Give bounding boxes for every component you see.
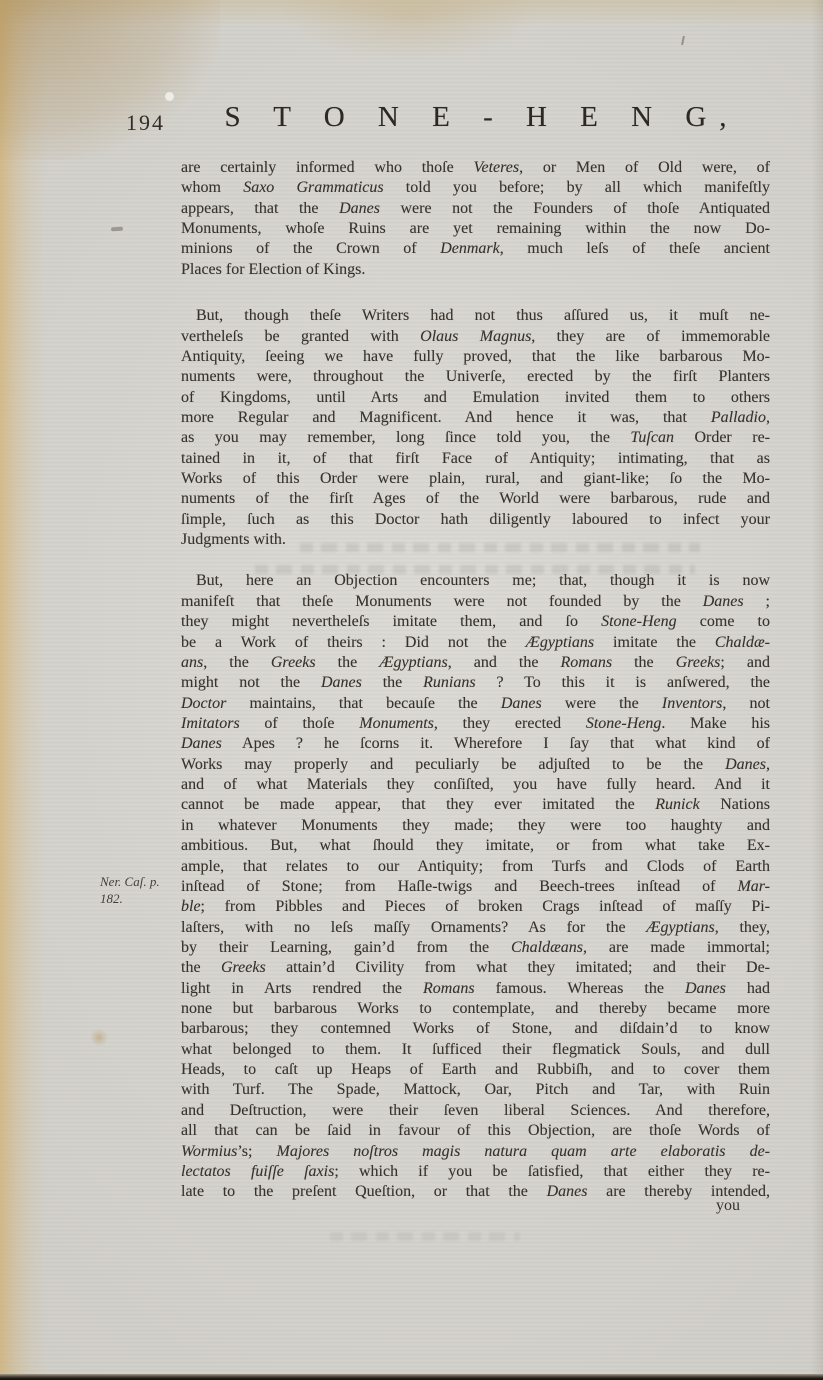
text-line: numents were, throughout the Univerſe, e…: [181, 367, 770, 387]
roman-text: had: [726, 980, 770, 997]
roman-text: Places for Election of Kings.: [181, 261, 365, 278]
text-line: all that can be ſaid in favour of this O…: [181, 1121, 770, 1141]
italic-text: Danes: [181, 735, 222, 752]
text-line: laſters, with no leſs maſſy Ornaments? A…: [181, 918, 770, 938]
paragraph-1: are certainly informed who thoſe Veteres…: [181, 158, 770, 280]
roman-text: imitate the: [594, 634, 715, 651]
italic-text: ble: [181, 898, 201, 915]
roman-text: , much leſs of theſe ancient: [500, 240, 770, 257]
margin-note-line: 182.: [100, 891, 182, 908]
small-stain: [90, 1029, 108, 1046]
ink-speck: [681, 36, 685, 45]
text-line: Antiquity, ſeeing we have fully proved, …: [181, 347, 770, 367]
roman-text: ’s;: [237, 1143, 276, 1160]
text-line: the Greeks attain’d Civility from what t…: [181, 958, 770, 978]
text-line: lectatos fuiſſe ſaxis; which if you be ſ…: [181, 1162, 770, 1182]
italic-text: Saxo Grammaticus: [243, 179, 383, 196]
roman-text: light in Arts rendred the: [181, 980, 423, 997]
roman-text: ſimple, ſuch as this Doctor hath diligen…: [181, 511, 770, 528]
text-line: ambitious. But, what ſhould they imitate…: [181, 836, 770, 856]
text-line: whom Saxo Grammaticus told you before; b…: [181, 178, 770, 198]
italic-text: Greeks: [221, 959, 266, 976]
text-line: Imitators of thoſe Monuments, they erect…: [181, 714, 770, 734]
roman-text: But, here an Objection encounters me; th…: [196, 572, 770, 589]
italic-text: Majores noſtros magis natura quam arte e…: [277, 1143, 771, 1160]
text-line: ample, that relates to our Antiquity; fr…: [181, 857, 770, 877]
roman-text: be a Work of theirs : Did not the: [181, 634, 526, 651]
aged-left-edge: [0, 0, 46, 1380]
text-line: more Regular and Magnificent. And hence …: [181, 408, 770, 428]
roman-text: were the: [542, 695, 662, 712]
roman-text: ,: [766, 409, 770, 426]
roman-text: whom: [181, 179, 243, 196]
aged-right-edge: [811, 0, 823, 1380]
aged-top-edge: [0, 0, 823, 26]
text-line: vertheleſs be granted with Olaus Magnus,…: [181, 327, 770, 347]
roman-text: inſtead of Stone; from Haſle-twigs and B…: [181, 878, 737, 895]
roman-text: numents of the firſt Ages of the World w…: [181, 490, 770, 507]
text-line: minions of the Crown of Denmark, much le…: [181, 239, 770, 259]
text-line: Heads, to caſt up Heaps of Earth and Rub…: [181, 1060, 770, 1080]
roman-text: and Deſtruction, were their ſeven libera…: [181, 1102, 770, 1119]
roman-text: , they are of immemorable: [531, 328, 770, 345]
roman-text: Apes ? he ſcorns it. Wherefore I ſay tha…: [222, 735, 770, 752]
italic-text: Danes: [339, 200, 380, 217]
italic-text: Greeks: [676, 654, 721, 671]
roman-text: minions of the Crown of: [181, 240, 440, 257]
text-line: numents of the firſt Ages of the World w…: [181, 489, 770, 509]
text-line: none but barbarous Works to contemplate,…: [181, 999, 770, 1019]
italic-text: Palladio: [711, 409, 766, 426]
margin-note-line: Ner. Caſ. p.: [100, 874, 182, 891]
roman-text: maintains, that becauſe the: [226, 695, 501, 712]
text-line: Doctor maintains, that becauſe the Danes…: [181, 694, 770, 714]
roman-text: laſters, with no leſs maſſy Ornaments? A…: [181, 919, 646, 936]
roman-text: and of what Materials they conſiſted, yo…: [181, 776, 770, 793]
roman-text: as you may remember, long ſince told you…: [181, 429, 630, 446]
catchword: you: [181, 1196, 770, 1216]
roman-text: , they erected: [434, 715, 586, 732]
text-line: in whatever Monuments they made; they we…: [181, 816, 770, 836]
roman-text: But, though theſe Writers had not thus a…: [196, 307, 770, 324]
italic-text: Chaldæ-: [715, 634, 770, 651]
text-line: manifeſt that theſe Monuments were not f…: [181, 592, 770, 612]
text-line: Monuments, whoſe Ruins are yet remaining…: [181, 219, 770, 239]
italic-text: Denmark: [440, 240, 500, 257]
roman-text: Heads, to caſt up Heaps of Earth and Rub…: [181, 1061, 770, 1078]
ink-speck: [111, 227, 123, 232]
roman-text: , not: [722, 695, 770, 712]
text-line: Judgments with.: [181, 530, 770, 550]
text-line: But, here an Objection encounters me; th…: [181, 571, 770, 591]
roman-text: Nations: [700, 796, 770, 813]
italic-text: Inventors: [662, 695, 722, 712]
text-line: appears, that the Danes were not the Fou…: [181, 199, 770, 219]
text-line: they might nevertheleſs imitate them, an…: [181, 612, 770, 632]
roman-text: come to: [677, 613, 770, 630]
roman-text: all that can be ſaid in favour of this O…: [181, 1122, 770, 1139]
roman-text: appears, that the: [181, 200, 339, 217]
page-number: 194: [126, 110, 165, 136]
roman-text: tained in it, of that firſt Face of Anti…: [181, 450, 770, 467]
italic-text: Runick: [655, 796, 699, 813]
italic-text: Danes: [725, 756, 766, 773]
roman-text: are certainly informed who thoſe: [181, 159, 473, 176]
roman-text: of Kingdoms, until Arts and Emulation in…: [181, 389, 770, 406]
italic-text: ans: [181, 654, 203, 671]
italic-text: Doctor: [181, 695, 226, 712]
text-line: barbarous; they contemned Works of Stone…: [181, 1019, 770, 1039]
text-line: as you may remember, long ſince told you…: [181, 428, 770, 448]
roman-text: vertheleſs be granted with: [181, 328, 420, 345]
text-line: ſimple, ſuch as this Doctor hath diligen…: [181, 510, 770, 530]
roman-text: ;: [744, 593, 770, 610]
roman-text: the: [181, 959, 221, 976]
roman-text: more Regular and Magnificent. And hence …: [181, 409, 711, 426]
roman-text: barbarous; they contemned Works of Stone…: [181, 1020, 770, 1037]
roman-text: , and the: [448, 654, 561, 671]
italic-text: Danes: [703, 593, 744, 610]
paper-fleck: [165, 92, 174, 101]
italic-text: Chaldæans: [511, 939, 583, 956]
text-line: what belonged to them. It ſufficed their…: [181, 1040, 770, 1060]
italic-text: Monuments: [359, 715, 434, 732]
text-line: tained in it, of that firſt Face of Anti…: [181, 449, 770, 469]
roman-text: the: [316, 654, 380, 671]
italic-text: Greeks: [271, 654, 316, 671]
italic-text: Ægyptians: [646, 919, 714, 936]
text-line: inſtead of Stone; from Haſle-twigs and B…: [181, 877, 770, 897]
italic-text: Wormius: [181, 1143, 237, 1160]
roman-text: were not the Founders of thoſe Antiquate…: [380, 200, 770, 217]
roman-text: Works may properly and peculiarly be adj…: [181, 756, 725, 773]
italic-text: Danes: [685, 980, 726, 997]
book-page-scan: 194 S T O N E - H E N G, Ner. Caſ. p. 18…: [0, 0, 823, 1380]
roman-text: of thoſe: [240, 715, 360, 732]
italic-text: Stone-Heng: [586, 715, 662, 732]
text-line: Places for Election of Kings.: [181, 260, 770, 280]
roman-text: Antiquity, ſeeing we have fully proved, …: [181, 348, 770, 365]
roman-text: with Turf. The Spade, Mattock, Oar, Pitc…: [181, 1081, 770, 1098]
italic-text: Ægyptians: [379, 654, 447, 671]
roman-text: ; from Pibbles and Pieces of broken Crag…: [201, 898, 770, 915]
showthrough-text: [330, 1232, 520, 1241]
paragraph-3: But, here an Objection encounters me; th…: [181, 571, 770, 1202]
italic-text: Romans: [560, 654, 612, 671]
text-line: by their Learning, gain’d from the Chald…: [181, 938, 770, 958]
roman-text: the: [612, 654, 676, 671]
italic-text: Ægyptians: [526, 634, 594, 651]
text-line: Works of this Order were plain, rural, a…: [181, 469, 770, 489]
roman-text: might not the: [181, 674, 321, 691]
text-line: and Deſtruction, were their ſeven libera…: [181, 1101, 770, 1121]
roman-text: the: [362, 674, 423, 691]
text-line: and of what Materials they conſiſted, yo…: [181, 775, 770, 795]
top-stain: [280, 0, 540, 60]
italic-text: Veteres: [473, 159, 519, 176]
italic-text: Olaus Magnus: [420, 328, 531, 345]
text-line: might not the Danes the Runians ? To thi…: [181, 673, 770, 693]
roman-text: they might nevertheleſs imitate them, an…: [181, 613, 601, 630]
roman-text: ,: [766, 756, 770, 773]
roman-text: . Make his: [661, 715, 770, 732]
roman-text: Order re-: [674, 429, 770, 446]
italic-text: Danes: [321, 674, 362, 691]
italic-text: Stone-Heng: [601, 613, 677, 630]
text-line: Danes Apes ? he ſcorns it. Wherefore I ſ…: [181, 734, 770, 754]
text-line: ble; from Pibbles and Pieces of broken C…: [181, 897, 770, 917]
text-line: Works may properly and peculiarly be adj…: [181, 755, 770, 775]
italic-text: Tuſcan: [630, 429, 674, 446]
text-line: be a Work of theirs : Did not the Ægypti…: [181, 633, 770, 653]
roman-text: numents were, throughout the Univerſe, e…: [181, 368, 770, 385]
roman-text: Judgments with.: [181, 531, 286, 548]
corner-stain: [0, 0, 220, 160]
italic-text: Mar-: [737, 878, 770, 895]
roman-text: , are made immortal;: [583, 939, 770, 956]
italic-text: Romans: [423, 980, 475, 997]
text-line: with Turf. The Spade, Mattock, Oar, Pitc…: [181, 1080, 770, 1100]
text-line: Wormius’s; Majores noſtros magis natura …: [181, 1142, 770, 1162]
roman-text: manifeſt that theſe Monuments were not f…: [181, 593, 703, 610]
roman-text: ample, that relates to our Antiquity; fr…: [181, 858, 770, 875]
text-line: ans, the Greeks the Ægyptians, and the R…: [181, 653, 770, 673]
roman-text: famous. Whereas the: [475, 980, 685, 997]
roman-text: , they,: [715, 919, 770, 936]
italic-text: Imitators: [181, 715, 240, 732]
roman-text: ; and: [720, 654, 770, 671]
roman-text: in whatever Monuments they made; they we…: [181, 817, 770, 834]
roman-text: Works of this Order were plain, rural, a…: [181, 470, 770, 487]
paragraph-2: But, though theſe Writers had not thus a…: [181, 306, 770, 550]
roman-text: cannot be made appear, that they ever im…: [181, 796, 655, 813]
text-line: But, though theſe Writers had not thus a…: [181, 306, 770, 326]
text-line: light in Arts rendred the Romans famous.…: [181, 979, 770, 999]
margin-note: Ner. Caſ. p. 182.: [100, 874, 182, 907]
roman-text: ; which if you be ſatisfied, that either…: [334, 1163, 770, 1180]
text-line: are certainly informed who thoſe Veteres…: [181, 158, 770, 178]
roman-text: what belonged to them. It ſufficed their…: [181, 1041, 770, 1058]
italic-text: lectatos fuiſſe ſaxis: [181, 1163, 334, 1180]
roman-text: attain’d Civility from what they imitate…: [266, 959, 770, 976]
roman-text: , the: [203, 654, 271, 671]
text-block: are certainly informed who thoſe Veteres…: [181, 158, 770, 1203]
text-line: cannot be made appear, that they ever im…: [181, 795, 770, 815]
roman-text: ? To this it is anſwered, the: [476, 674, 770, 691]
roman-text: , or Men of Old were, of: [519, 159, 770, 176]
text-line: of Kingdoms, until Arts and Emulation in…: [181, 388, 770, 408]
italic-text: Runians: [423, 674, 475, 691]
roman-text: Monuments, whoſe Ruins are yet remaining…: [181, 220, 770, 237]
roman-text: none but barbarous Works to contemplate,…: [181, 1000, 770, 1017]
running-title: S T O N E - H E N G,: [181, 101, 770, 134]
roman-text: by their Learning, gain’d from the: [181, 939, 511, 956]
scan-bottom-edge: [0, 1374, 823, 1380]
italic-text: Danes: [501, 695, 542, 712]
roman-text: told you before; by all which manifeſtly: [384, 179, 770, 196]
roman-text: ambitious. But, what ſhould they imitate…: [181, 837, 770, 854]
